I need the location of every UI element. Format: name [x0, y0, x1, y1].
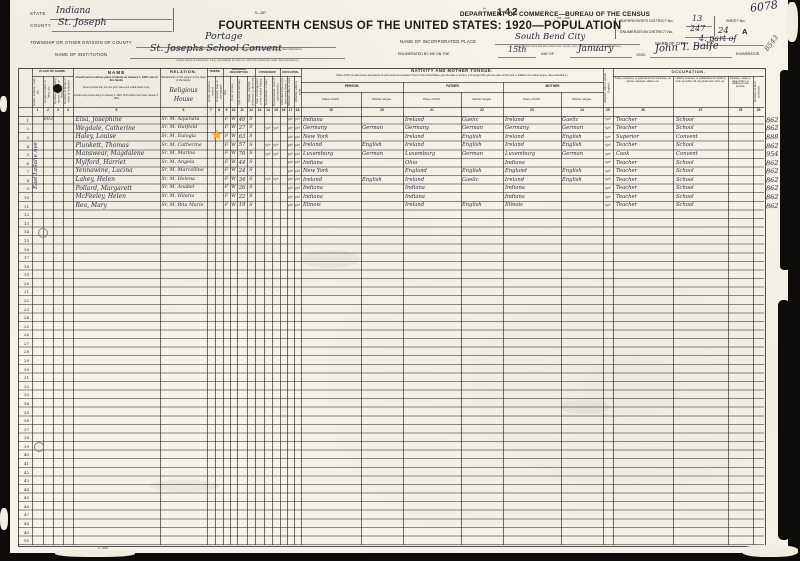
column-number: 24: [561, 109, 603, 113]
entry-color-race: W: [230, 144, 237, 149]
scan-edge-tear: [742, 545, 798, 557]
row-line-number: 11: [18, 204, 29, 209]
entry-father-birthplace: Ireland: [405, 135, 424, 140]
entry-age: 63: [237, 135, 247, 140]
entry-birthplace: Germany: [303, 126, 327, 131]
entry-industry: School: [676, 143, 694, 148]
entry-marital-status: S: [247, 152, 255, 157]
row-line-number: 26: [18, 332, 29, 337]
entry-age: 70: [237, 152, 247, 157]
entry-sex: F: [223, 135, 230, 140]
row-line-number: 40: [18, 452, 29, 457]
column-label-vertical: Whether able to speak English.: [604, 69, 613, 106]
group-header-nativity: NATIVITY AND MOTHER TONGUE.: [301, 69, 603, 74]
entry-mother-birthplace: Ireland: [505, 135, 524, 140]
row-line-number: 15: [18, 238, 29, 243]
column-number: 18: [294, 109, 301, 113]
relation-header-handwriting: Religious: [162, 88, 205, 94]
row-line-number: 50: [18, 538, 29, 543]
entry-mother-mother-tongue: English: [562, 135, 582, 140]
scan-edge-left: [0, 0, 10, 561]
row-line-number: 41: [18, 461, 29, 466]
entry-name: Lahey, Helen: [76, 177, 116, 183]
entry-industry: School: [676, 203, 694, 208]
relation-header-note: Relationship of this person to the head …: [161, 77, 206, 83]
entry-age: 24: [237, 169, 247, 174]
entry-relation: Sr. M. Marcelline: [162, 169, 204, 174]
row-line-number: 38: [18, 435, 29, 440]
entry-marital-status: S: [247, 204, 255, 209]
entry-mother-tongue: German: [362, 126, 383, 131]
entry-mother-mother-tongue: Gaelic: [562, 118, 579, 123]
entry-color-race: W: [230, 152, 237, 157]
row-line-number: 46: [18, 504, 29, 509]
column-label-vertical: Sex.: [224, 77, 230, 106]
entry-industry: Convent: [676, 135, 698, 140]
row-line-number: 13: [18, 221, 29, 226]
nativity-column-label: Mother tongue.: [561, 98, 603, 101]
column-number: 14: [264, 109, 272, 113]
subgroup-header-father: FATHER.: [403, 85, 503, 89]
column-label-vertical: If naturalized, year of naturalization.: [273, 77, 280, 106]
entry-relation: Sr. M. Aquinata: [162, 118, 200, 123]
column-number: 12: [247, 109, 255, 113]
entry-sex: F: [223, 144, 230, 149]
entry-age: 44: [237, 161, 247, 166]
entry-color-race: W: [230, 118, 237, 123]
entry-father-birthplace: England: [405, 169, 427, 174]
column-label-vertical: Single, married, widowed, or divorced.: [248, 77, 255, 106]
column-label-vertical: Age at last birthday.: [238, 77, 247, 106]
scan-edge-tear: [778, 300, 790, 540]
column-number: 13: [255, 109, 264, 113]
entry-mother-birthplace: Ireland: [505, 143, 524, 148]
row-line-number: 19: [18, 272, 29, 277]
entry-mother-mother-tongue: English: [562, 178, 582, 183]
entry-marital-status: S: [247, 186, 255, 191]
entry-age: 26: [237, 186, 247, 191]
entry-age: 27: [237, 126, 247, 131]
entry-father-mother-tongue: English: [462, 169, 482, 174]
column-label-vertical: Number of family in order of visitation.: [64, 77, 73, 106]
row-line-number: 1: [18, 118, 29, 123]
entry-marital-status: S: [247, 161, 255, 166]
entry-name: Wegdale, Catherine: [76, 126, 136, 132]
entry-sex: F: [223, 204, 230, 209]
row-line-number: 8: [18, 178, 29, 183]
entry-birthplace: New York: [303, 135, 328, 140]
margin-number: 888: [766, 134, 779, 141]
column-number: 28: [728, 109, 753, 113]
entry-mother-birthplace: Germany: [505, 126, 529, 131]
group-header-education: EDUCATION.: [280, 71, 301, 74]
entry-father-mother-tongue: English: [462, 135, 482, 140]
column-label-vertical: Whether able to write.: [295, 77, 301, 106]
entry-relation: Sr. M. Eulogia: [162, 135, 197, 140]
row-line-number: 31: [18, 375, 29, 380]
row-line-number: 27: [18, 341, 29, 346]
scan-smudge: [300, 250, 360, 268]
column-number: 7: [207, 109, 215, 113]
entry-father-mother-tongue: German: [462, 126, 483, 131]
row-line-number: 14: [18, 229, 29, 234]
entry-name: Pollard, Margarett: [76, 186, 133, 192]
column-number: 17: [287, 109, 294, 113]
entry-marital-status: S: [247, 135, 255, 140]
entry-mother-birthplace: England: [505, 169, 527, 174]
entry-sex: F: [223, 118, 230, 123]
row-line-number: 2: [18, 126, 29, 131]
entry-industry: School: [676, 169, 694, 174]
entry-occupation: Teacher: [616, 143, 637, 148]
entry-mother-birthplace: Indiana: [505, 195, 525, 200]
row-line-number: 44: [18, 487, 29, 492]
entry-marital-status: S: [247, 178, 255, 183]
entry-relation: Sr. M. Angela: [162, 161, 195, 166]
row-line-number: 42: [18, 470, 29, 475]
column-label-vertical: Whether able to read.: [288, 77, 294, 106]
entry-father-birthplace: Germany: [405, 126, 429, 131]
row-line-number: 4: [18, 144, 29, 149]
entry-relation: Sr. M. Hatfield: [162, 126, 198, 131]
entry-age: 57: [237, 143, 247, 148]
row-line-number: 32: [18, 384, 29, 389]
entry-birthplace: Indiana: [303, 195, 323, 200]
entry-birthplace: Luxemburg: [303, 152, 333, 157]
margin-circle-mark: [38, 228, 48, 238]
row-line-number: 49: [18, 530, 29, 535]
subgroup-header-person: PERSON.: [301, 85, 403, 89]
row-line-number: 25: [18, 324, 29, 329]
house-number-handwriting: 603: [44, 117, 54, 122]
entry-age: 34: [237, 178, 247, 183]
entry-color-race: W: [230, 195, 237, 200]
scan-edge-tear: [55, 549, 135, 557]
hole-punch-dot: [53, 84, 62, 93]
entry-relation: Sr. M. Anabel: [162, 186, 195, 191]
column-number: 4: [63, 109, 73, 113]
entry-age: 40: [237, 118, 247, 123]
row-line-number: 37: [18, 427, 29, 432]
row-line-number: 33: [18, 392, 29, 397]
column-number: 5: [73, 109, 160, 113]
entry-relation: Sr. M. Catherine: [162, 144, 202, 149]
column-number: 23: [503, 109, 561, 113]
entry-father-birthplace: Luxemburg: [405, 152, 435, 157]
entry-name: Manswear, Magdalene: [76, 151, 145, 157]
entry-birthplace: New York: [303, 169, 328, 174]
entry-industry: Convent: [676, 152, 698, 157]
entry-occupation: Superior: [616, 135, 639, 140]
entry-father-birthplace: Indiana: [405, 186, 425, 191]
row-line-number: 29: [18, 358, 29, 363]
margin-number: 954: [766, 151, 779, 158]
entry-marital-status: S: [247, 169, 255, 174]
entry-mother-mother-tongue: English: [562, 169, 582, 174]
margin-circle-mark: [34, 442, 44, 452]
entry-mother-birthplace: Luxemburg: [505, 152, 535, 157]
row-line-number: 43: [18, 478, 29, 483]
header-divider: [18, 107, 764, 108]
nativity-header-note: Place of birth of each person and parent…: [311, 75, 593, 78]
entry-mother-mother-tongue: English: [562, 143, 582, 148]
entry-occupation: Teacher: [616, 186, 637, 191]
column-number: 26: [613, 109, 673, 113]
column-label-vertical: House number or farm, etc.: [44, 77, 53, 106]
row-line-number: 47: [18, 512, 29, 517]
entry-age: 22: [237, 195, 247, 200]
entry-relation: Sr. M. Marina: [162, 152, 196, 157]
entry-sex: F: [223, 152, 230, 157]
group-header-relation: RELATION.: [160, 70, 207, 74]
column-number: 25: [603, 109, 613, 113]
entry-sex: F: [223, 178, 230, 183]
row-line-number: 24: [18, 315, 29, 320]
scan-edge-tear: [0, 508, 8, 530]
entry-marital-status: S: [247, 118, 255, 123]
entry-sex: F: [223, 169, 230, 174]
margin-number: 862: [766, 117, 779, 124]
column-number: 1: [32, 109, 43, 113]
scan-smudge: [150, 480, 220, 492]
row-line-number: 6: [18, 161, 29, 166]
entry-industry: School: [676, 195, 694, 200]
row-line-number: 20: [18, 281, 29, 286]
column-number: 11: [237, 109, 247, 113]
entry-sex: F: [223, 126, 230, 131]
entry-industry: School: [676, 118, 694, 123]
entry-name: Mylford, Harriet: [76, 160, 126, 166]
entry-father-mother-tongue: English: [462, 143, 482, 148]
entry-occupation: Teacher: [616, 126, 637, 131]
entry-color-race: W: [230, 169, 237, 174]
entry-mother-tongue: German: [362, 152, 383, 157]
margin-number: 862: [766, 202, 779, 209]
entry-father-birthplace: Ohio: [405, 161, 417, 166]
nativity-column-label: Mother tongue.: [361, 98, 403, 101]
margin-number: 862: [766, 168, 779, 175]
entry-mother-birthplace: Ireland: [505, 118, 524, 123]
row-line-number: 3: [18, 135, 29, 140]
nativity-column-label: Mother tongue.: [461, 98, 503, 101]
entry-father-mother-tongue: Gaelic: [462, 118, 479, 123]
entry-birthplace: Indiana: [303, 186, 323, 191]
entry-mother-birthplace: Indiana: [505, 186, 525, 191]
entry-occupation: Teacher: [616, 161, 637, 166]
row-line-number: 9: [18, 186, 29, 191]
entry-name: Elsa, Josephine: [76, 117, 122, 123]
entry-mother-mother-tongue: German: [562, 152, 583, 157]
entry-father-birthplace: Ireland: [405, 203, 424, 208]
margin-number: 862: [766, 142, 779, 149]
census-scan-screenshot: { "header": { "form_number": "9—187", "s…: [0, 0, 800, 561]
entry-relation: Sr. M. Hilaria: [162, 195, 195, 200]
nativity-column-label: Place of birth.: [301, 98, 361, 101]
census-table: PLACE OF ABODE.NAMEof each person whose …: [0, 0, 800, 561]
entry-mother-birthplace: Ireland: [505, 178, 524, 183]
column-label-vertical: If owned, free or mortgaged.: [216, 77, 223, 106]
entry-father-mother-tongue: English: [462, 203, 482, 208]
margin-number: 862: [766, 177, 779, 184]
column-number: 8: [215, 109, 223, 113]
occupation-column-label: Employer, salary or wage worker, or work…: [729, 78, 752, 89]
row-line-number: 35: [18, 410, 29, 415]
column-label-vertical: Naturalized or alien.: [265, 77, 272, 106]
column-number: 2: [43, 109, 53, 113]
subgroup-header-mother: MOTHER.: [503, 85, 603, 89]
column-number: 21: [403, 109, 461, 113]
row-line-number: 5: [18, 152, 29, 157]
entry-industry: School: [676, 178, 694, 183]
entry-marital-status: S: [247, 126, 255, 131]
group-header-name: NAME: [73, 70, 160, 75]
entry-name: Rea, Mary: [76, 203, 107, 209]
row-line-number: 28: [18, 349, 29, 354]
entry-color-race: W: [230, 135, 237, 140]
row-line-number: 10: [18, 195, 29, 200]
column-label-vertical: Street, avenue, road, etc.: [33, 77, 43, 106]
entry-father-birthplace: Ireland: [405, 143, 424, 148]
entry-father-birthplace: Ireland: [405, 178, 424, 183]
entry-father-mother-tongue: Gaelic: [462, 178, 479, 183]
column-number: 16: [280, 109, 287, 113]
entry-mother-tongue: English: [362, 178, 382, 183]
margin-number: 862: [766, 125, 779, 132]
occupation-column-label: Trade, profession, or particular kind of…: [614, 78, 672, 83]
column-number: 10: [230, 109, 237, 113]
group-header-tenure: TENURE.: [207, 71, 223, 74]
margin-number: 862: [766, 159, 779, 166]
row-line-number: 18: [18, 264, 29, 269]
column-label-vertical: Year of immigration to the United States…: [256, 77, 264, 106]
row-line-number: 23: [18, 307, 29, 312]
entry-birthplace: Ireland: [303, 178, 322, 183]
row-line-number: 36: [18, 418, 29, 423]
entry-color-race: W: [230, 161, 237, 166]
entry-marital-status: S: [247, 144, 255, 149]
entry-industry: School: [676, 161, 694, 166]
entry-mother-mother-tongue: German: [562, 126, 583, 131]
nativity-column-label: Place of birth.: [403, 98, 461, 101]
highlight-star-icon[interactable]: ★: [211, 128, 223, 141]
entry-name: Haley, Louise: [76, 134, 117, 140]
row-line-number: 7: [18, 169, 29, 174]
street-name-handwriting: East LaSalle Ave: [33, 118, 43, 214]
header-divider: [301, 92, 603, 93]
entry-age: 19: [237, 203, 247, 208]
row-line-number: 17: [18, 255, 29, 260]
entry-birthplace: Indiana: [303, 118, 323, 123]
entry-birthplace: Ireland: [303, 143, 322, 148]
entry-color-race: W: [230, 186, 237, 191]
column-label-vertical: Color or race.: [231, 77, 237, 106]
entry-mother-birthplace: Indiana: [505, 161, 525, 166]
column-number: 29: [753, 109, 764, 113]
entry-father-birthplace: Indiana: [405, 195, 425, 200]
scan-edge-tear: [0, 96, 7, 112]
header-divider: [301, 82, 603, 83]
column-number: 6: [160, 109, 207, 113]
group-header-personal-description: PERSONAL DESCRIPTION.: [223, 69, 255, 75]
entry-color-race: W: [230, 126, 237, 131]
column-label-vertical: Attended school any time since Sept. 1, …: [281, 77, 287, 106]
margin-number: 862: [766, 185, 779, 192]
column-label-vertical: Home owned or rented.: [208, 77, 215, 106]
row-line-number: 22: [18, 298, 29, 303]
entry-color-race: W: [230, 178, 237, 183]
entry-occupation: Teacher: [616, 195, 637, 200]
column-number: 27: [673, 109, 728, 113]
scan-edge-tear: [780, 70, 790, 270]
name-header-note: Enter surname first, then the given name…: [74, 87, 159, 90]
nativity-column-label: Place of birth.: [503, 98, 561, 101]
entry-name: Yennawine, Lucina: [76, 168, 133, 174]
group-header-occupation: OCCUPATION.: [613, 70, 764, 74]
entry-birthplace: Indiana: [303, 161, 323, 166]
entry-color-race: W: [230, 204, 237, 209]
entry-occupation: Teacher: [616, 203, 637, 208]
row-grid: [18, 116, 764, 545]
entry-sex: F: [223, 161, 230, 166]
column-number: 22: [461, 109, 503, 113]
name-header-note: Include every person living on January 1…: [74, 95, 159, 100]
row-line-number: 39: [18, 444, 29, 449]
column-number: 3: [53, 109, 63, 113]
entry-industry: School: [676, 126, 694, 131]
name-header-note: of each person whose place of abode on J…: [74, 76, 159, 82]
entry-name: Plunkett, Thomas: [76, 143, 129, 149]
row-line-number: 34: [18, 401, 29, 406]
column-number: 15: [272, 109, 280, 113]
entry-industry: School: [676, 186, 694, 191]
entry-sex: F: [223, 186, 230, 191]
column-number: 20: [361, 109, 403, 113]
column-number: 9: [223, 109, 230, 113]
margin-number: 862: [766, 194, 779, 201]
entry-father-mother-tongue: German: [462, 152, 483, 157]
occupation-column-label: Industry, business, or establishment in …: [674, 78, 727, 83]
row-line-number: 21: [18, 289, 29, 294]
entry-marital-status: S: [247, 195, 255, 200]
entry-mother-birthplace: Illinois: [505, 203, 523, 208]
entry-occupation: Cook: [616, 152, 629, 157]
entry-mother-tongue: English: [362, 143, 382, 148]
group-header-citizenship: CITIZENSHIP.: [255, 71, 280, 74]
relation-header-handwriting: House: [162, 97, 205, 103]
row-line-number: 12: [18, 212, 29, 217]
row-line-number: 16: [18, 247, 29, 252]
scan-edge-tear: [786, 2, 798, 42]
entry-relation: Sr. M. Helena: [162, 178, 195, 183]
entry-occupation: Teacher: [616, 169, 637, 174]
entry-name: McFeeley, Helen: [76, 194, 126, 200]
row-line-number: 30: [18, 367, 29, 372]
entry-sex: F: [223, 195, 230, 200]
entry-occupation: Teacher: [616, 178, 637, 183]
column-number: 19: [301, 109, 361, 113]
entry-father-birthplace: Ireland: [405, 118, 424, 123]
column-label-vertical: Number of farm schedule.: [754, 77, 764, 106]
row-line-number: 48: [18, 521, 29, 526]
row-line-number: 45: [18, 495, 29, 500]
group-header-place-of-abode: PLACE OF ABODE.: [32, 70, 73, 73]
entry-birthplace: Illinois: [303, 203, 321, 208]
entry-occupation: Teacher: [616, 118, 637, 123]
entry-relation: Sr. M. Rita Marie: [162, 204, 204, 209]
scan-smudge: [560, 400, 610, 414]
